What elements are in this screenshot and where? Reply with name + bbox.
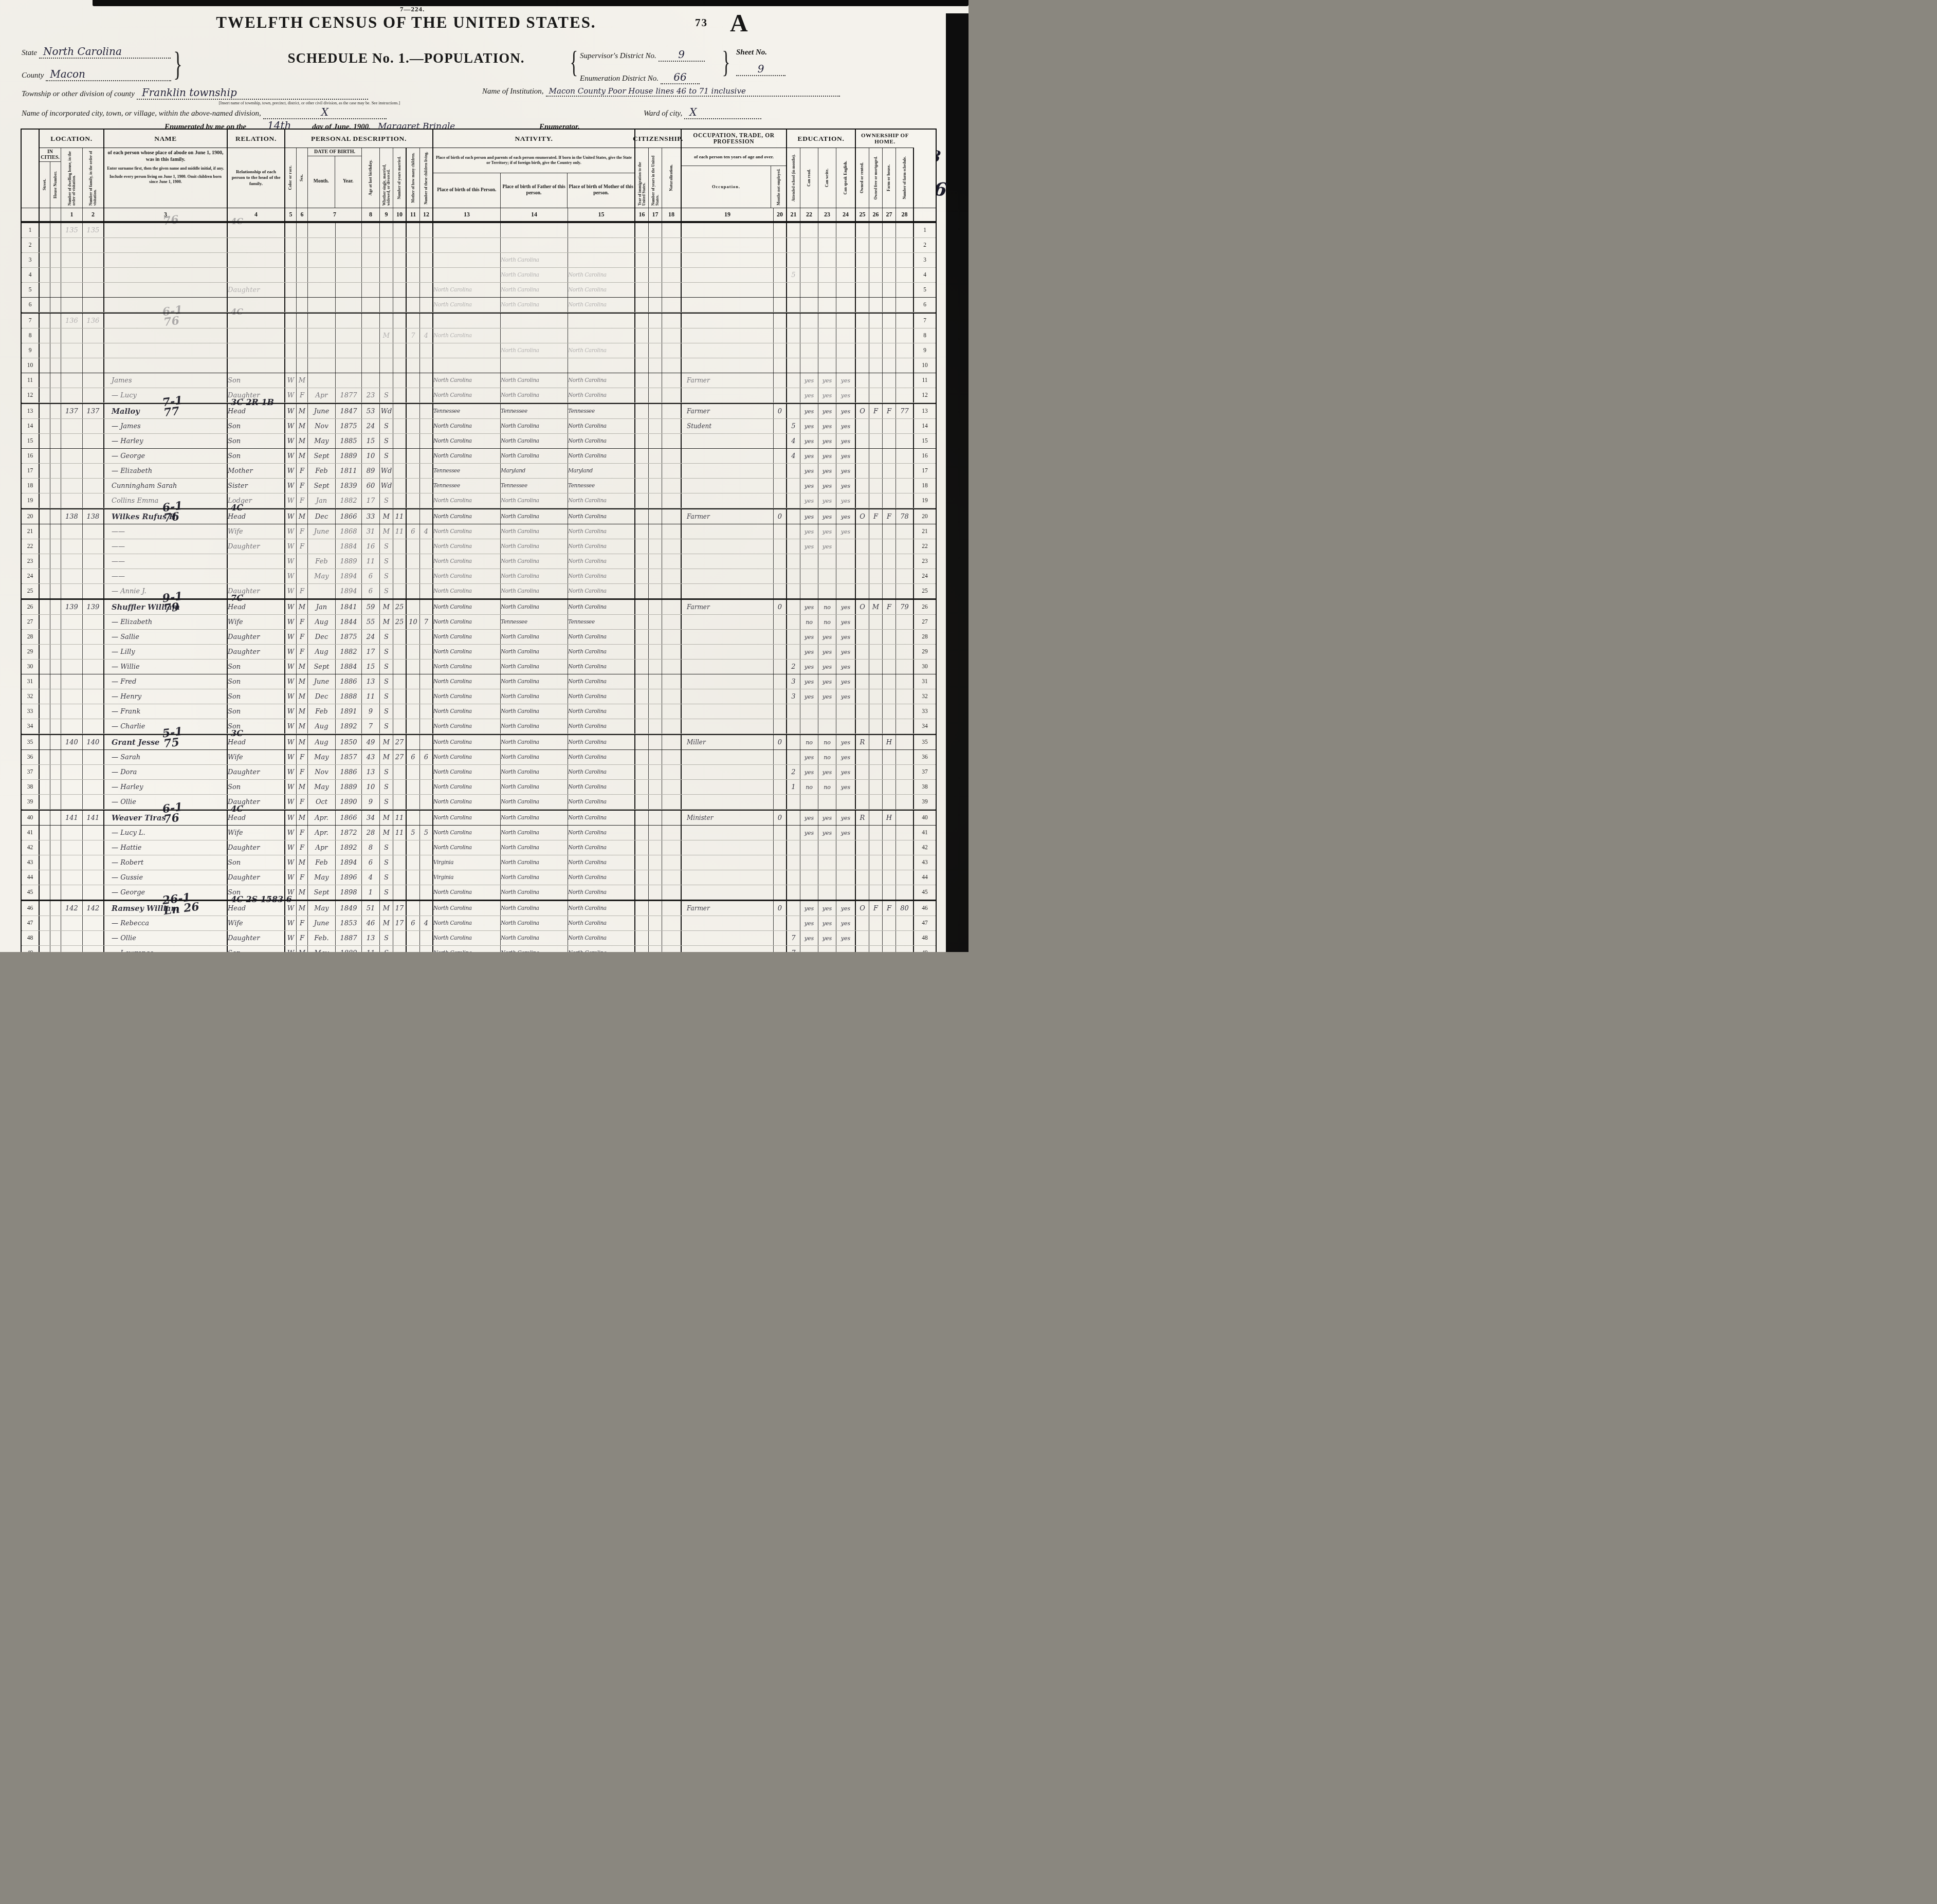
supervisor-label: Supervisor's District No. (580, 52, 656, 60)
cell-ms: M (380, 735, 393, 749)
cell-pf: North Carolina (501, 811, 568, 825)
cell-nat (662, 253, 682, 267)
cell-pm: North Carolina (568, 674, 635, 689)
cell-d (61, 343, 83, 358)
cell-en: yes (836, 811, 856, 825)
cell-rel (228, 569, 285, 583)
cell-st (40, 373, 50, 388)
cell-own (856, 539, 869, 554)
cell-by: 1889 (336, 780, 362, 794)
cell-fm (869, 704, 883, 719)
cell-wr (818, 584, 836, 598)
cell-occ: Farmer (682, 901, 774, 916)
col-years-married: Number of years married. (393, 148, 407, 208)
cell-fh (883, 615, 896, 629)
cell-ym (393, 630, 407, 644)
cell-pf: North Carolina (501, 493, 568, 508)
cell-own (856, 916, 869, 930)
cell-occ: Minister (682, 811, 774, 825)
cell-ms: S (380, 645, 393, 659)
num-blank (50, 208, 61, 221)
cell-fm (869, 795, 883, 809)
cell-mne (774, 554, 787, 569)
cell-sch: 7 (787, 946, 800, 952)
cell-rd (800, 584, 818, 598)
cell-fm (869, 750, 883, 764)
cell-n2: 35 (914, 735, 936, 749)
cell-hn (50, 811, 61, 825)
supervisor-value: 9 (659, 48, 705, 62)
cell-ym (393, 946, 407, 952)
cell-hn (50, 870, 61, 885)
cell-fh (883, 449, 896, 463)
cell-f (83, 916, 104, 930)
col-years-in-us: Number of years in the United States. (649, 148, 662, 208)
table-row: 28— SallieDaughterWFDec187524SNorth Caro… (22, 630, 936, 645)
cell-f (83, 373, 104, 388)
cell-sch (787, 584, 800, 598)
cell-fm (869, 328, 883, 343)
cell-sch (787, 298, 800, 312)
cell-occ (682, 765, 774, 779)
cell-yu (649, 328, 662, 343)
cell-yi (635, 795, 649, 809)
cell-yi (635, 554, 649, 569)
cell-own (856, 479, 869, 493)
cell-yi (635, 298, 649, 312)
cell-bm: May (308, 780, 336, 794)
col-farm-house: Farm or house. (883, 148, 896, 208)
cell-pm: North Carolina (568, 343, 635, 358)
cell-st (40, 524, 50, 539)
cell-fh: H (883, 735, 896, 749)
cell-pm: North Carolina (568, 719, 635, 734)
cell-ym (393, 584, 407, 598)
cell-hn (50, 885, 61, 900)
children-living-label: Number of these children living. (424, 150, 428, 207)
cell-mne (774, 946, 787, 952)
cell-sch (787, 343, 800, 358)
cell-fh (883, 328, 896, 343)
tally-annotation: 4C (231, 503, 243, 512)
cell-ms: S (380, 584, 393, 598)
cell-n2: 47 (914, 916, 936, 930)
cell-yi (635, 509, 649, 524)
cell-fs (896, 750, 914, 764)
cell-rel (228, 358, 285, 373)
cell-n2: 26 (914, 600, 936, 614)
cell-pm: North Carolina (568, 493, 635, 508)
cell-fh (883, 419, 896, 433)
cell-fs (896, 584, 914, 598)
state-line: State North Carolina (22, 45, 171, 59)
cell-pb (433, 238, 501, 252)
cell-cl (420, 645, 433, 659)
month-label: Month. (313, 178, 330, 186)
cell-pb: North Carolina (433, 826, 501, 840)
cell-rd: yes (800, 765, 818, 779)
cell-yi (635, 253, 649, 267)
cell-age (362, 373, 380, 388)
cell-pb: North Carolina (433, 645, 501, 659)
cell-cl (420, 600, 433, 614)
cell-occ: Student (682, 419, 774, 433)
cell-pb: North Carolina (433, 615, 501, 629)
cell-n2: 41 (914, 826, 936, 840)
cell-fh (883, 268, 896, 282)
cell-occ (682, 388, 774, 402)
cell-bm (308, 253, 336, 267)
cell-wr: yes (818, 509, 836, 524)
cell-bm (308, 358, 336, 373)
cell-age: 55 (362, 615, 380, 629)
cell-s: M (297, 449, 308, 463)
cell-pm: North Carolina (568, 870, 635, 885)
cell-st (40, 855, 50, 870)
cell-own (856, 840, 869, 855)
cell-fs (896, 388, 914, 402)
cell-bm (308, 298, 336, 312)
cell-nat (662, 765, 682, 779)
cell-fs (896, 569, 914, 583)
cell-hn (50, 328, 61, 343)
cell-nat (662, 388, 682, 402)
name-note1: Enter surname first, then the given name… (107, 166, 224, 171)
cell-en (836, 885, 856, 900)
cell-cl (420, 268, 433, 282)
cell-n: 33 (22, 704, 40, 719)
cell-age: 10 (362, 780, 380, 794)
cell-en (836, 328, 856, 343)
cell-pb (433, 253, 501, 267)
cell-mne (774, 358, 787, 373)
cell-st (40, 735, 50, 749)
cell-fs (896, 630, 914, 644)
cell-name (104, 328, 228, 343)
cell-cl (420, 298, 433, 312)
cell-name: —— (104, 569, 228, 583)
table-row: 11JamesSonWMNorth CarolinaNorth Carolina… (22, 373, 936, 388)
table-row: 43— RobertSonWMFeb18946SVirginiaNorth Ca… (22, 855, 936, 870)
cell-wr: yes (818, 479, 836, 493)
cell-f (83, 719, 104, 734)
cell-s: M (297, 600, 308, 614)
cell-occ (682, 253, 774, 267)
cell-f (83, 645, 104, 659)
cell-fm (869, 855, 883, 870)
tally-annotation: 4C (231, 804, 243, 814)
cell-by: 1884 (336, 539, 362, 554)
cell-pf: Tennessee (501, 615, 568, 629)
cell-s: M (297, 373, 308, 388)
cell-sch (787, 314, 800, 328)
cell-pb (433, 358, 501, 373)
cell-n2: 11 (914, 373, 936, 388)
cell-pf: North Carolina (501, 689, 568, 704)
cell-ym (393, 404, 407, 418)
county-line: County Macon (22, 68, 171, 81)
cell-fs (896, 870, 914, 885)
cell-mne (774, 449, 787, 463)
cell-occ: Farmer (682, 404, 774, 418)
cell-n2: 14 (914, 419, 936, 433)
cell-fm (869, 689, 883, 704)
cell-fs (896, 885, 914, 900)
cell-fs: 80 (896, 901, 914, 916)
cell-yu (649, 901, 662, 916)
cell-wr (818, 298, 836, 312)
cell-own (856, 449, 869, 463)
cell-ym (393, 388, 407, 402)
marital-label: Whether single, married, widowed, or div… (382, 148, 390, 208)
cell-st (40, 464, 50, 478)
cell-fh (883, 704, 896, 719)
cell-en: yes (836, 419, 856, 433)
cell-n: 25 (22, 584, 40, 598)
cell-mc (407, 735, 420, 749)
cell-rel: Son (228, 373, 285, 388)
cell-st (40, 795, 50, 809)
cell-cl (420, 630, 433, 644)
write-label: Can write. (825, 167, 830, 189)
cell-rel: Daughter (228, 840, 285, 855)
cell-age: 34 (362, 811, 380, 825)
cell-sch (787, 795, 800, 809)
cell-yi (635, 765, 649, 779)
cell-yi (635, 404, 649, 418)
cell-rd: yes (800, 901, 818, 916)
cell-fm (869, 584, 883, 598)
pob-person-label: Place of birth of this Person. (436, 187, 497, 194)
cell-hn (50, 689, 61, 704)
cell-yu (649, 388, 662, 402)
cell-yi (635, 885, 649, 900)
cell-cl (420, 238, 433, 252)
cell-ms (380, 283, 393, 297)
cell-rel: 3C 2R 1BHead (228, 404, 285, 418)
cell-bm: Aug (308, 735, 336, 749)
cell-pm: North Carolina (568, 826, 635, 840)
cell-pf: North Carolina (501, 765, 568, 779)
cell-mne (774, 419, 787, 433)
cell-sch (787, 223, 800, 237)
schedule-title: SCHEDULE No. 1.—POPULATION. (216, 50, 596, 66)
cell-sch (787, 479, 800, 493)
cell-pb: North Carolina (433, 554, 501, 569)
cell-own (856, 660, 869, 674)
num-blank (22, 208, 40, 221)
cell-hn (50, 901, 61, 916)
cell-own: R (856, 811, 869, 825)
cell-nat (662, 554, 682, 569)
cell-ym (393, 645, 407, 659)
cell-ym (393, 464, 407, 478)
cell-s: M (297, 855, 308, 870)
cell-fs (896, 373, 914, 388)
cell-pf: North Carolina (501, 419, 568, 433)
cell-d: 137 (61, 404, 83, 418)
cell-pf: North Carolina (501, 388, 568, 402)
cell-fs (896, 946, 914, 952)
cell-rel: Daughter (228, 765, 285, 779)
cell-f (83, 674, 104, 689)
cell-ms: S (380, 674, 393, 689)
cell-n: 28 (22, 630, 40, 644)
cell-by (336, 314, 362, 328)
cell-rd (800, 253, 818, 267)
cell-st (40, 298, 50, 312)
cell-cl (420, 509, 433, 524)
col-number: 25 (856, 208, 869, 221)
cell-pm: North Carolina (568, 931, 635, 945)
township-line: Township or other division of county Fra… (22, 86, 368, 100)
cell-own (856, 946, 869, 952)
cell-bm (308, 343, 336, 358)
cell-en (836, 855, 856, 870)
cell-by: 1850 (336, 735, 362, 749)
cell-ms: M (380, 524, 393, 539)
cell-mne (774, 328, 787, 343)
table-row: 32— HenrySonWMDec188811SNorth CarolinaNo… (22, 689, 936, 704)
cell-ms: S (380, 719, 393, 734)
sheet-no-label: Sheet No. (736, 48, 767, 57)
cell-f (83, 750, 104, 764)
read-label: Can read. (807, 167, 812, 189)
cell-cl (420, 840, 433, 855)
cell-ms: M (380, 750, 393, 764)
cell-c: W (285, 750, 297, 764)
cell-n2: 17 (914, 464, 936, 478)
cell-n: 32 (22, 689, 40, 704)
cell-cl (420, 885, 433, 900)
cell-own (856, 569, 869, 583)
cell-yi (635, 916, 649, 930)
cell-pm: North Carolina (568, 554, 635, 569)
cell-bm: Apr. (308, 811, 336, 825)
cell-name (104, 343, 228, 358)
cell-n: 23 (22, 554, 40, 569)
cell-occ (682, 946, 774, 952)
cell-by: 1890 (336, 795, 362, 809)
cell-fh (883, 780, 896, 794)
cell-cl (420, 719, 433, 734)
cell-f (83, 765, 104, 779)
cell-yu (649, 645, 662, 659)
col-number: 9 (380, 208, 393, 221)
cell-nat (662, 404, 682, 418)
cell-mne: 0 (774, 811, 787, 825)
cell-bm: Feb (308, 464, 336, 478)
cell-ms (380, 298, 393, 312)
cell-pm (568, 223, 635, 237)
cell-hn (50, 719, 61, 734)
cell-age (362, 358, 380, 373)
cell-age: 15 (362, 434, 380, 448)
cell-by (336, 298, 362, 312)
col-in-cities: IN CITIES. Street. House Number. (40, 148, 61, 208)
cell-st (40, 600, 50, 614)
cell-by: 1839 (336, 479, 362, 493)
cell-wr (818, 554, 836, 569)
cell-fm (869, 660, 883, 674)
cell-pm: North Carolina (568, 569, 635, 583)
cell-hn (50, 373, 61, 388)
cell-st (40, 449, 50, 463)
cell-by: 1898 (336, 885, 362, 900)
cell-yu (649, 449, 662, 463)
cell-pm: North Carolina (568, 660, 635, 674)
cell-ms (380, 223, 393, 237)
cell-rel: Son (228, 855, 285, 870)
cell-by: 1847 (336, 404, 362, 418)
cell-rel: Daughter (228, 539, 285, 554)
cell-pf: North Carolina (501, 584, 568, 598)
cell-yu (649, 493, 662, 508)
cell-by: 1892 (336, 840, 362, 855)
name-note2: Include every person living on June 1, 1… (107, 174, 224, 185)
cell-n: 48 (22, 931, 40, 945)
cell-mne (774, 689, 787, 704)
cell-fh (883, 554, 896, 569)
cell-wr: yes (818, 689, 836, 704)
cell-n: 29 (22, 645, 40, 659)
cell-pf: North Carolina (501, 780, 568, 794)
cell-c: W (285, 524, 297, 539)
cell-age: 16 (362, 539, 380, 554)
enumerator-annotation: 6-1 76 (162, 305, 185, 328)
cell-fh (883, 689, 896, 704)
cell-mc (407, 946, 420, 952)
cell-d (61, 946, 83, 952)
cell-hn (50, 343, 61, 358)
table-row: 12— LucyDaughterWFApr187723SNorth Caroli… (22, 388, 936, 403)
cell-mne (774, 645, 787, 659)
cell-d (61, 449, 83, 463)
cell-pb: North Carolina (433, 916, 501, 930)
cell-d (61, 826, 83, 840)
cell-cl (420, 343, 433, 358)
cell-d (61, 358, 83, 373)
cell-mc (407, 674, 420, 689)
cell-by: 1857 (336, 750, 362, 764)
cell-mc (407, 719, 420, 734)
cell-yi (635, 689, 649, 704)
cell-mc: 6 (407, 750, 420, 764)
cell-cl (420, 870, 433, 885)
table-row: 19Collins EmmaLodgerWFJan188217SNorth Ca… (22, 493, 936, 508)
cell-yi (635, 434, 649, 448)
cell-st (40, 916, 50, 930)
cell-name: — Dora (104, 765, 228, 779)
cell-f: 138 (83, 509, 104, 524)
cell-fs (896, 328, 914, 343)
cell-st (40, 901, 50, 916)
cell-by: 1892 (336, 719, 362, 734)
cell-rd (800, 840, 818, 855)
cell-fs (896, 811, 914, 825)
relation-sub: Relationship of each person to the head … (230, 169, 282, 187)
cell-rd: yes (800, 493, 818, 508)
cell-pm: North Carolina (568, 283, 635, 297)
cell-n: 20 (22, 509, 40, 524)
cell-name: — Sarah (104, 750, 228, 764)
cell-mne (774, 238, 787, 252)
cell-yu (649, 554, 662, 569)
cell-mc: 7 (407, 328, 420, 343)
cell-st (40, 493, 50, 508)
cell-yu (649, 569, 662, 583)
cell-rel: Mother (228, 464, 285, 478)
